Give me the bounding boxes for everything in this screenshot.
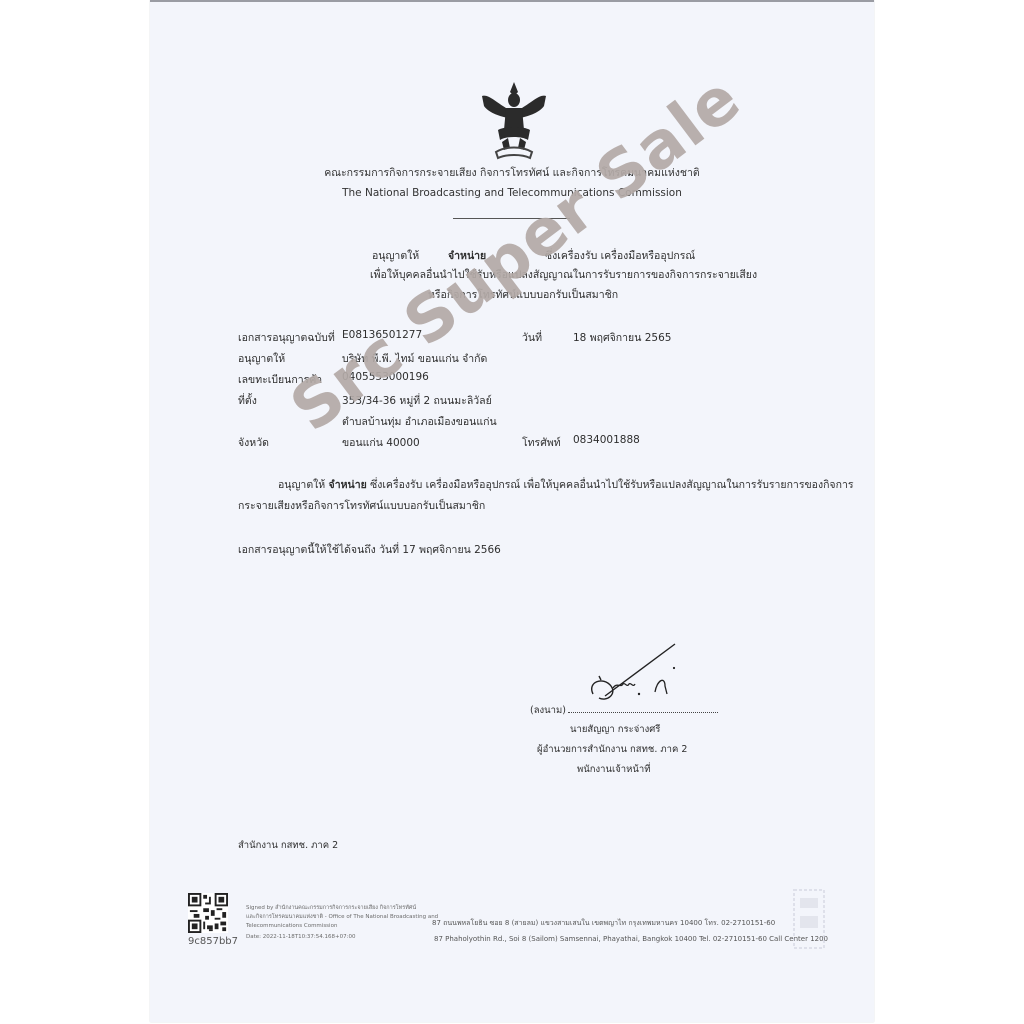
signature-line: (ลงนาม): [530, 702, 718, 718]
body-paragraph-line-1: อนุญาตให้ จำหน่าย ซึ่งเครื่องรับ เครื่อง…: [278, 476, 853, 493]
footer-address-english: 87 Phaholyothin Rd., Soi 8 (Sailom) Sams…: [434, 935, 828, 943]
signer-position: ผู้อำนวยการสำนักงาน กสทช. ภาค 2: [537, 742, 687, 757]
garuda-emblem-icon: [478, 78, 550, 164]
date-label: วันที่: [522, 329, 542, 346]
body-action: จำหน่าย: [329, 479, 367, 491]
agency-name-english: The National Broadcasting and Telecommun…: [150, 187, 874, 199]
province-label: จังหวัด: [238, 434, 269, 451]
date-value: 18 พฤศจิกายน 2565: [573, 329, 671, 346]
body-rest: ซึ่งเครื่องรับ เครื่องมือหรืออุปกรณ์ เพื…: [370, 479, 853, 491]
validity-statement: เอกสารอนุญาตนี้ให้ใช้ได้จนถึง วันที่ 17 …: [238, 541, 501, 558]
address-label: ที่ตั้ง: [238, 392, 257, 409]
body-lead: อนุญาตให้: [278, 479, 325, 491]
signed-date: Date: 2022-11-18T10:37:54.168+07:00: [246, 933, 355, 942]
signature-dotted-line: [568, 702, 718, 713]
signed-by-line-2: และกิจการโทรคมนาคมแห่งชาติ - Office of T…: [246, 913, 438, 922]
signed-by-line-1: Signed by สำนักงานคณะกรรมการกิจการกระจาย…: [246, 904, 416, 913]
faint-stamp-mark: [792, 888, 826, 950]
signed-by-line-3: Telecommunications Commission: [246, 922, 337, 931]
license-no-label: เอกสารอนุญาตฉบับที่: [238, 329, 335, 346]
footer-address-thai: 87 ถนนพหลโยธิน ซอย 8 (สายลม) แขวงสามเสนใ…: [432, 918, 775, 929]
qr-code-icon[interactable]: [188, 893, 228, 933]
body-paragraph-line-2: กระจายเสียงหรือกิจการโทรทัศน์แบบบอกรับเป…: [238, 497, 485, 514]
permit-label: อนุญาตให้: [372, 247, 419, 264]
phone-value: 0834001888: [573, 434, 640, 446]
address-line-2: ตำบลบ้านทุ่ม อำเภอเมืองขอนแก่น: [342, 413, 497, 430]
qr-code-id: 9c857bb7: [188, 936, 238, 947]
agency-name-thai: คณะกรรมการกิจการกระจายเสียง กิจการโทรทัศ…: [150, 164, 874, 181]
signer-role: พนักงานเจ้าหน้าที่: [577, 762, 650, 777]
province-value: ขอนแก่น 40000: [342, 434, 420, 451]
issuing-office: สำนักงาน กสทช. ภาค 2: [238, 838, 338, 853]
signer-name: นายสัญญา กระจ่างศรี: [570, 722, 660, 737]
licensee-label: อนุญาตให้: [238, 350, 285, 367]
phone-label: โทรศัพท์: [522, 434, 561, 451]
sign-label: (ลงนาม): [530, 705, 566, 716]
